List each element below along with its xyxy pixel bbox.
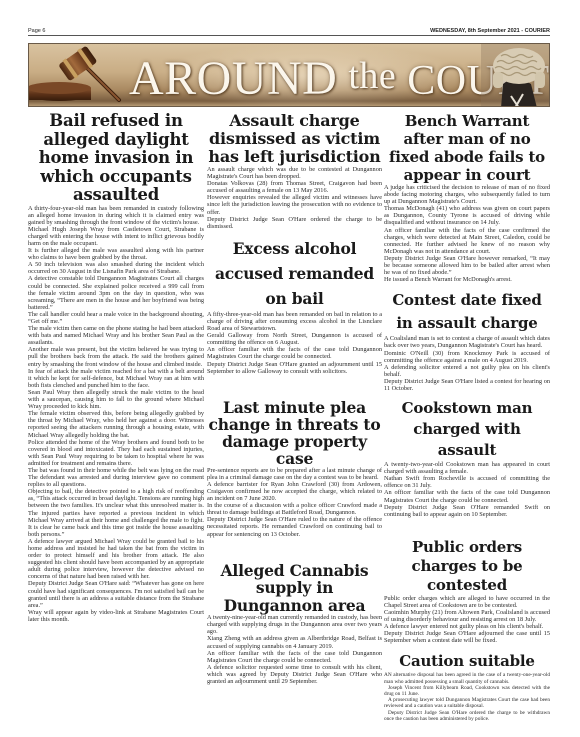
story-body: A twenty-two-year-old Cookstown man has …: [384, 461, 550, 518]
story-caution-suitable: Caution suitable AN alternative disposal…: [384, 650, 550, 722]
story-headline: Last minute plea change in threats to da…: [207, 399, 382, 467]
story-headline: Bench Warrant after man of no fixed abod…: [384, 112, 550, 184]
story-body: A twenty-nine-year-old man currently rem…: [207, 614, 382, 685]
column-middle: Assault charge dismissed as victim has l…: [207, 110, 382, 685]
story-cannabis-supply: Alleged Cannabis supply in Dungannon are…: [207, 562, 382, 685]
story-assault-dismissed: Assault charge dismissed as victim has l…: [207, 112, 382, 230]
story-body: Public order charges which are alleged t…: [384, 595, 550, 645]
story-headline: Bail refused in alleged daylight home in…: [28, 112, 204, 205]
story-body: A thirty-four-year-old man has been rema…: [28, 205, 204, 624]
story-headline: Caution suitable: [384, 650, 550, 672]
story-headline: Excess alcohol accused remanded on bail: [207, 236, 382, 311]
story-body: A fifty-three-year-old man has been rema…: [207, 311, 382, 375]
judge-wig-icon: [481, 44, 549, 107]
story-bench-warrant: Bench Warrant after man of no fixed abod…: [384, 112, 550, 283]
section-banner: AROUND the COURTS: [28, 43, 550, 107]
story-body: AN alternative disposal has been agreed …: [384, 672, 550, 722]
dateline: WEDNESDAY, 8th September 2021 - COURIER: [430, 27, 550, 35]
story-cookstown-man: Cookstown man charged with assault A twe…: [384, 398, 550, 518]
story-excess-alcohol: Excess alcohol accused remanded on bail …: [207, 236, 382, 375]
story-body: A Coalisland man is set to contest a cha…: [384, 335, 550, 392]
banner-title: AROUND the COURTS: [129, 48, 479, 104]
story-last-minute-plea: Last minute plea change in threats to da…: [207, 399, 382, 538]
story-body: Pre-sentence reports are to be prepared …: [207, 467, 382, 538]
story-headline: Alleged Cannabis supply in Dungannon are…: [207, 562, 382, 615]
page-number: Page 6: [28, 27, 45, 35]
story-bail-refused: Bail refused in alleged daylight home in…: [28, 112, 204, 623]
story-contest-date: Contest date fixed in assault charge A C…: [384, 289, 550, 392]
story-headline: Assault charge dismissed as victim has l…: [207, 112, 382, 166]
story-headline: Contest date fixed in assault charge: [384, 289, 550, 335]
story-body: A judge has criticised the decision to r…: [384, 184, 550, 283]
story-body: An assault charge which was due to be co…: [207, 166, 382, 230]
column-left: Bail refused in alleged daylight home in…: [28, 110, 204, 623]
gavel-icon: [29, 44, 139, 107]
story-headline: Cookstown man charged with assault: [384, 398, 550, 461]
page-header: Page 6 WEDNESDAY, 8th September 2021 - C…: [28, 27, 550, 36]
story-public-orders: Public orders charges to be contested Pu…: [384, 538, 550, 645]
column-right: Bench Warrant after man of no fixed abod…: [384, 110, 550, 722]
story-headline: Public orders charges to be contested: [384, 538, 550, 595]
